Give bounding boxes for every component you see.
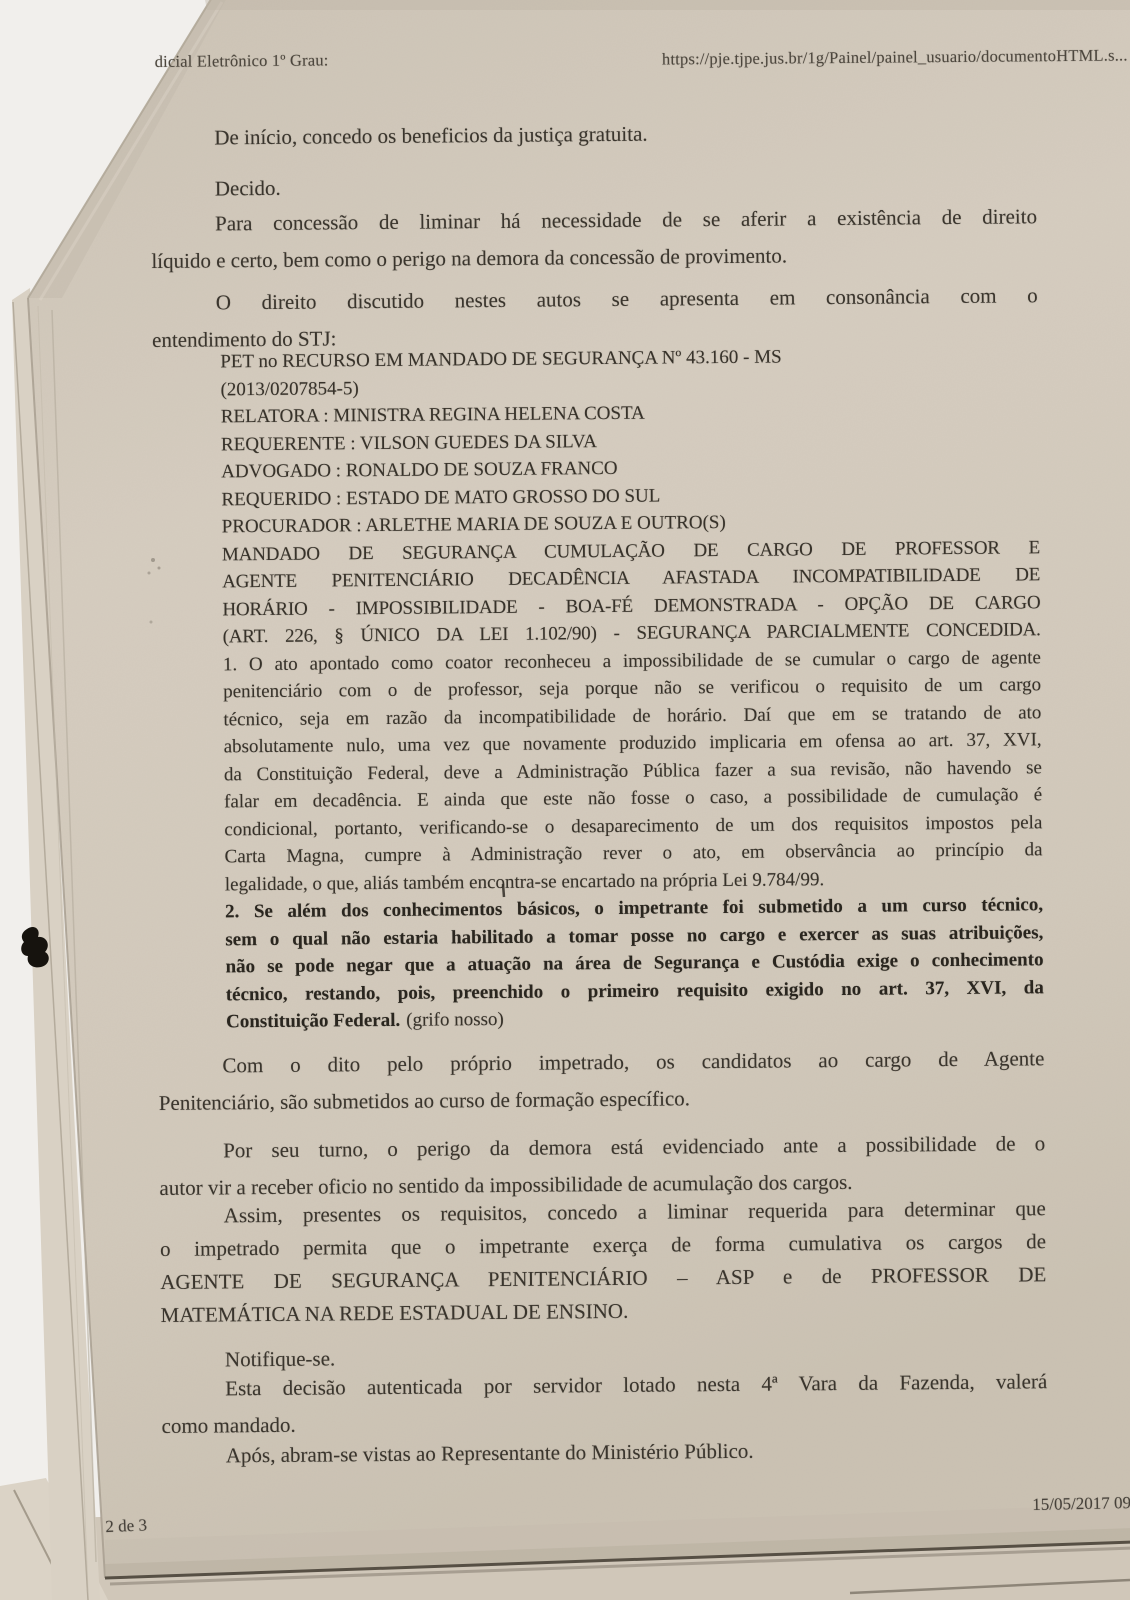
paragraph-line: MATEMÁTICA NA REDE ESTADUAL DE ENSINO. bbox=[160, 1291, 1046, 1332]
citation-item2-last-line: Constituição Federal.(grifo nosso) bbox=[226, 1001, 1044, 1036]
paragraph-line: Esta decisão autenticada por servidor lo… bbox=[161, 1363, 1047, 1408]
paragraph-line: O direito discutido nestes autos se apre… bbox=[152, 277, 1038, 322]
paragraph: Com o dito pelo próprio impetrado, os ca… bbox=[158, 1040, 1045, 1122]
header-system-title: dicial Eletrônico 1º Grau: bbox=[155, 50, 329, 72]
grifo-nosso-note: (grifo nosso) bbox=[406, 1009, 504, 1031]
scanned-court-document-page: dicial Eletrônico 1º Grau: https://pje.t… bbox=[0, 0, 1130, 1600]
paragraph-line: Após, abram-se vistas ao Representante d… bbox=[162, 1430, 1048, 1475]
paragraph-line: Para concessão de liminar há necessidade… bbox=[151, 198, 1037, 243]
paragraph-line: Com o dito pelo próprio impetrado, os ca… bbox=[158, 1040, 1044, 1085]
paragraph-line: De início, concedo os beneficios da just… bbox=[150, 112, 1036, 157]
paragraph: Assim, presentes os requisitos, concedo … bbox=[160, 1192, 1047, 1332]
paragraph: Para concessão de liminar há necessidade… bbox=[151, 198, 1038, 280]
citation-block: PET no RECURSO EM MANDADO DE SEGURANÇA N… bbox=[220, 341, 1044, 1036]
paragraph: Após, abram-se vistas ao Representante d… bbox=[162, 1430, 1048, 1475]
bold-text: Constituição Federal. bbox=[226, 1010, 400, 1033]
paragraph-line: Por seu turno, o perigo da demora está e… bbox=[159, 1125, 1045, 1170]
document-content: dicial Eletrônico 1º Grau: https://pje.t… bbox=[0, 0, 1130, 1600]
footer-timestamp: 15/05/2017 09:33 bbox=[1032, 1493, 1130, 1515]
paragraph-line: Penitenciário, são submetidos ao curso d… bbox=[159, 1077, 1045, 1122]
paragraph: De início, concedo os beneficios da just… bbox=[150, 112, 1036, 157]
header-url: https://pje.tjpe.jus.br/1g/Painel/painel… bbox=[662, 45, 1128, 69]
paragraph-line: líquido e certo, bem como o perigo na de… bbox=[151, 235, 1037, 280]
footer-page-number: 2 de 3 bbox=[105, 1515, 147, 1537]
